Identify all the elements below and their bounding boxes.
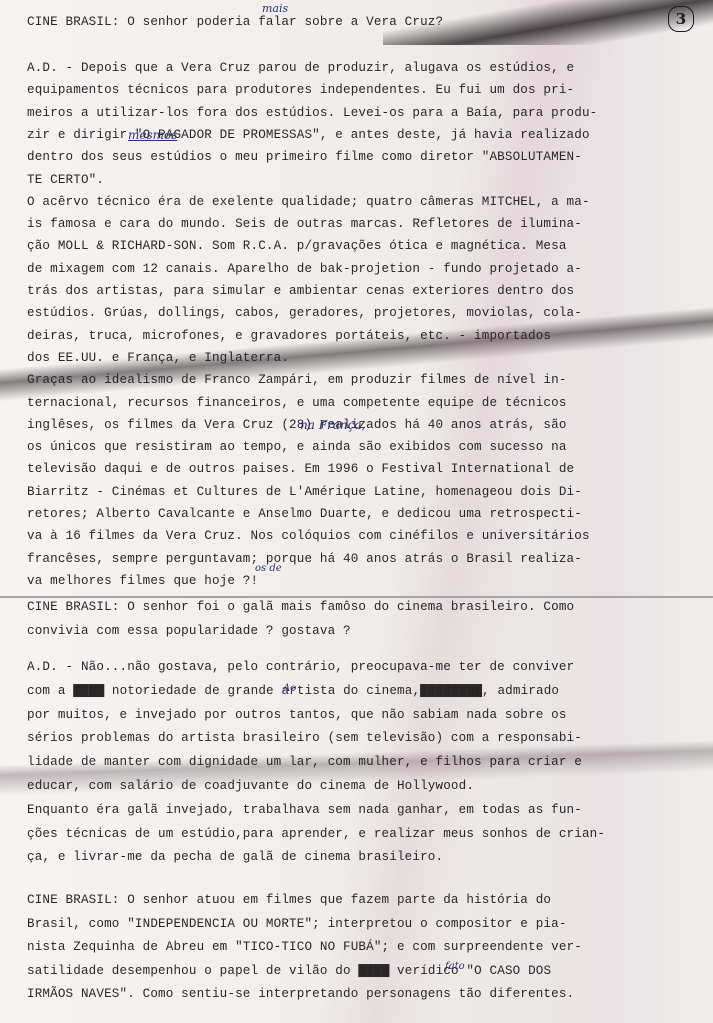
text-line: os únicos que resistiram ao tempo, e ain…: [27, 437, 567, 459]
handwritten-insertion: mesmos: [128, 128, 177, 142]
text-line: TE CERTO".: [27, 170, 104, 192]
text-line: ção MOLL & RICHARD-SON. Som R.C.A. p/gra…: [27, 236, 567, 258]
text-line: zir e dirigir "O PAGADOR DE PROMESSAS", …: [27, 125, 590, 147]
text-line: is famosa e cara do mundo. Seis de outra…: [27, 214, 582, 236]
text-line: educar, com salário de coadjuvante do ci…: [27, 776, 474, 798]
text-line: trás dos artistas, para simular e ambien…: [27, 281, 574, 303]
text-line: satilidade desempenhou o papel de vilão …: [27, 961, 551, 983]
handwritten-insertion: na França,: [300, 418, 365, 432]
text-line: convivia com essa popularidade ? gostava…: [27, 621, 351, 643]
handwritten-insertion: Ao: [283, 683, 296, 694]
text-line: CINE BRASIL: O senhor foi o galã mais fa…: [27, 597, 574, 619]
text-line: dos EE.UU. e França, e Inglaterra.: [27, 348, 289, 370]
text-line: estúdios. Grúas, dollings, cabos, gerado…: [27, 303, 582, 325]
text-line: A.D. - Depois que a Vera Cruz parou de p…: [27, 58, 574, 80]
text-line: nista Zequinha de Abreu em "TICO-TICO NO…: [27, 937, 582, 959]
question-1: CINE BRASIL: O senhor poderia falar sobr…: [27, 12, 443, 34]
handwritten-insertion: os de: [255, 563, 282, 574]
text-line: inglêses, os filmes da Vera Cruz (28) re…: [27, 415, 567, 437]
text-line: ça, e livrar-me da pecha de galã de cine…: [27, 847, 443, 869]
text-line: Enquanto éra galã invejado, trabalhava s…: [27, 800, 582, 822]
text-line: ções técnicas de um estúdio,para aprende…: [27, 824, 605, 846]
text-line: Biarritz - Cinémas et Cultures de L'Amér…: [27, 482, 582, 504]
text-line: por muitos, e invejado por outros tantos…: [27, 705, 567, 727]
handwritten-insertion: fato: [445, 961, 465, 972]
text-line: CINE BRASIL: O senhor atuou em filmes qu…: [27, 890, 551, 912]
text-line: televisão daqui e de outros paises. Em 1…: [27, 459, 574, 481]
text-line: va melhores filmes que hoje ?!: [27, 571, 258, 593]
text-line: A.D. - Não...não gostava, pelo contrário…: [27, 657, 574, 679]
text-line: va à 16 filmes da Vera Cruz. Nos colóqui…: [27, 526, 590, 548]
text-line: Graças ao idealismo de Franco Zampári, e…: [27, 370, 567, 392]
text-line: IRMÃOS NAVES". Como sentiu-se interpreta…: [27, 984, 574, 1006]
text-line: dentro dos seus estúdios o meu primeiro …: [27, 147, 582, 169]
text-line: meiros a utilizar-los fora dos estúdios.…: [27, 103, 597, 125]
typewritten-page: 3 mais CINE BRASIL: O senhor poderia fal…: [0, 0, 713, 1023]
text-line: equipamentos técnicos para produtores in…: [27, 80, 574, 102]
text-line: deiras, truca, microfones, e gravadores …: [27, 326, 551, 348]
text-line: ternacional, recursos financeiros, e uma…: [27, 393, 567, 415]
text-line: O acêrvo técnico éra de exelente qualida…: [27, 192, 590, 214]
text-line: lidade de manter com dignidade um lar, c…: [27, 752, 582, 774]
text-line: retores; Alberto Cavalcante e Anselmo Du…: [27, 504, 582, 526]
page-number-circle: 3: [668, 6, 694, 32]
text-line: Brasil, como "INDEPENDENCIA OU MORTE"; i…: [27, 914, 567, 936]
text-line: francêses, sempre perguntavam; porque há…: [27, 549, 582, 571]
text-line: sérios problemas do artista brasileiro (…: [27, 728, 582, 750]
text-line: de mixagem com 12 canais. Aparelho de ba…: [27, 259, 582, 281]
